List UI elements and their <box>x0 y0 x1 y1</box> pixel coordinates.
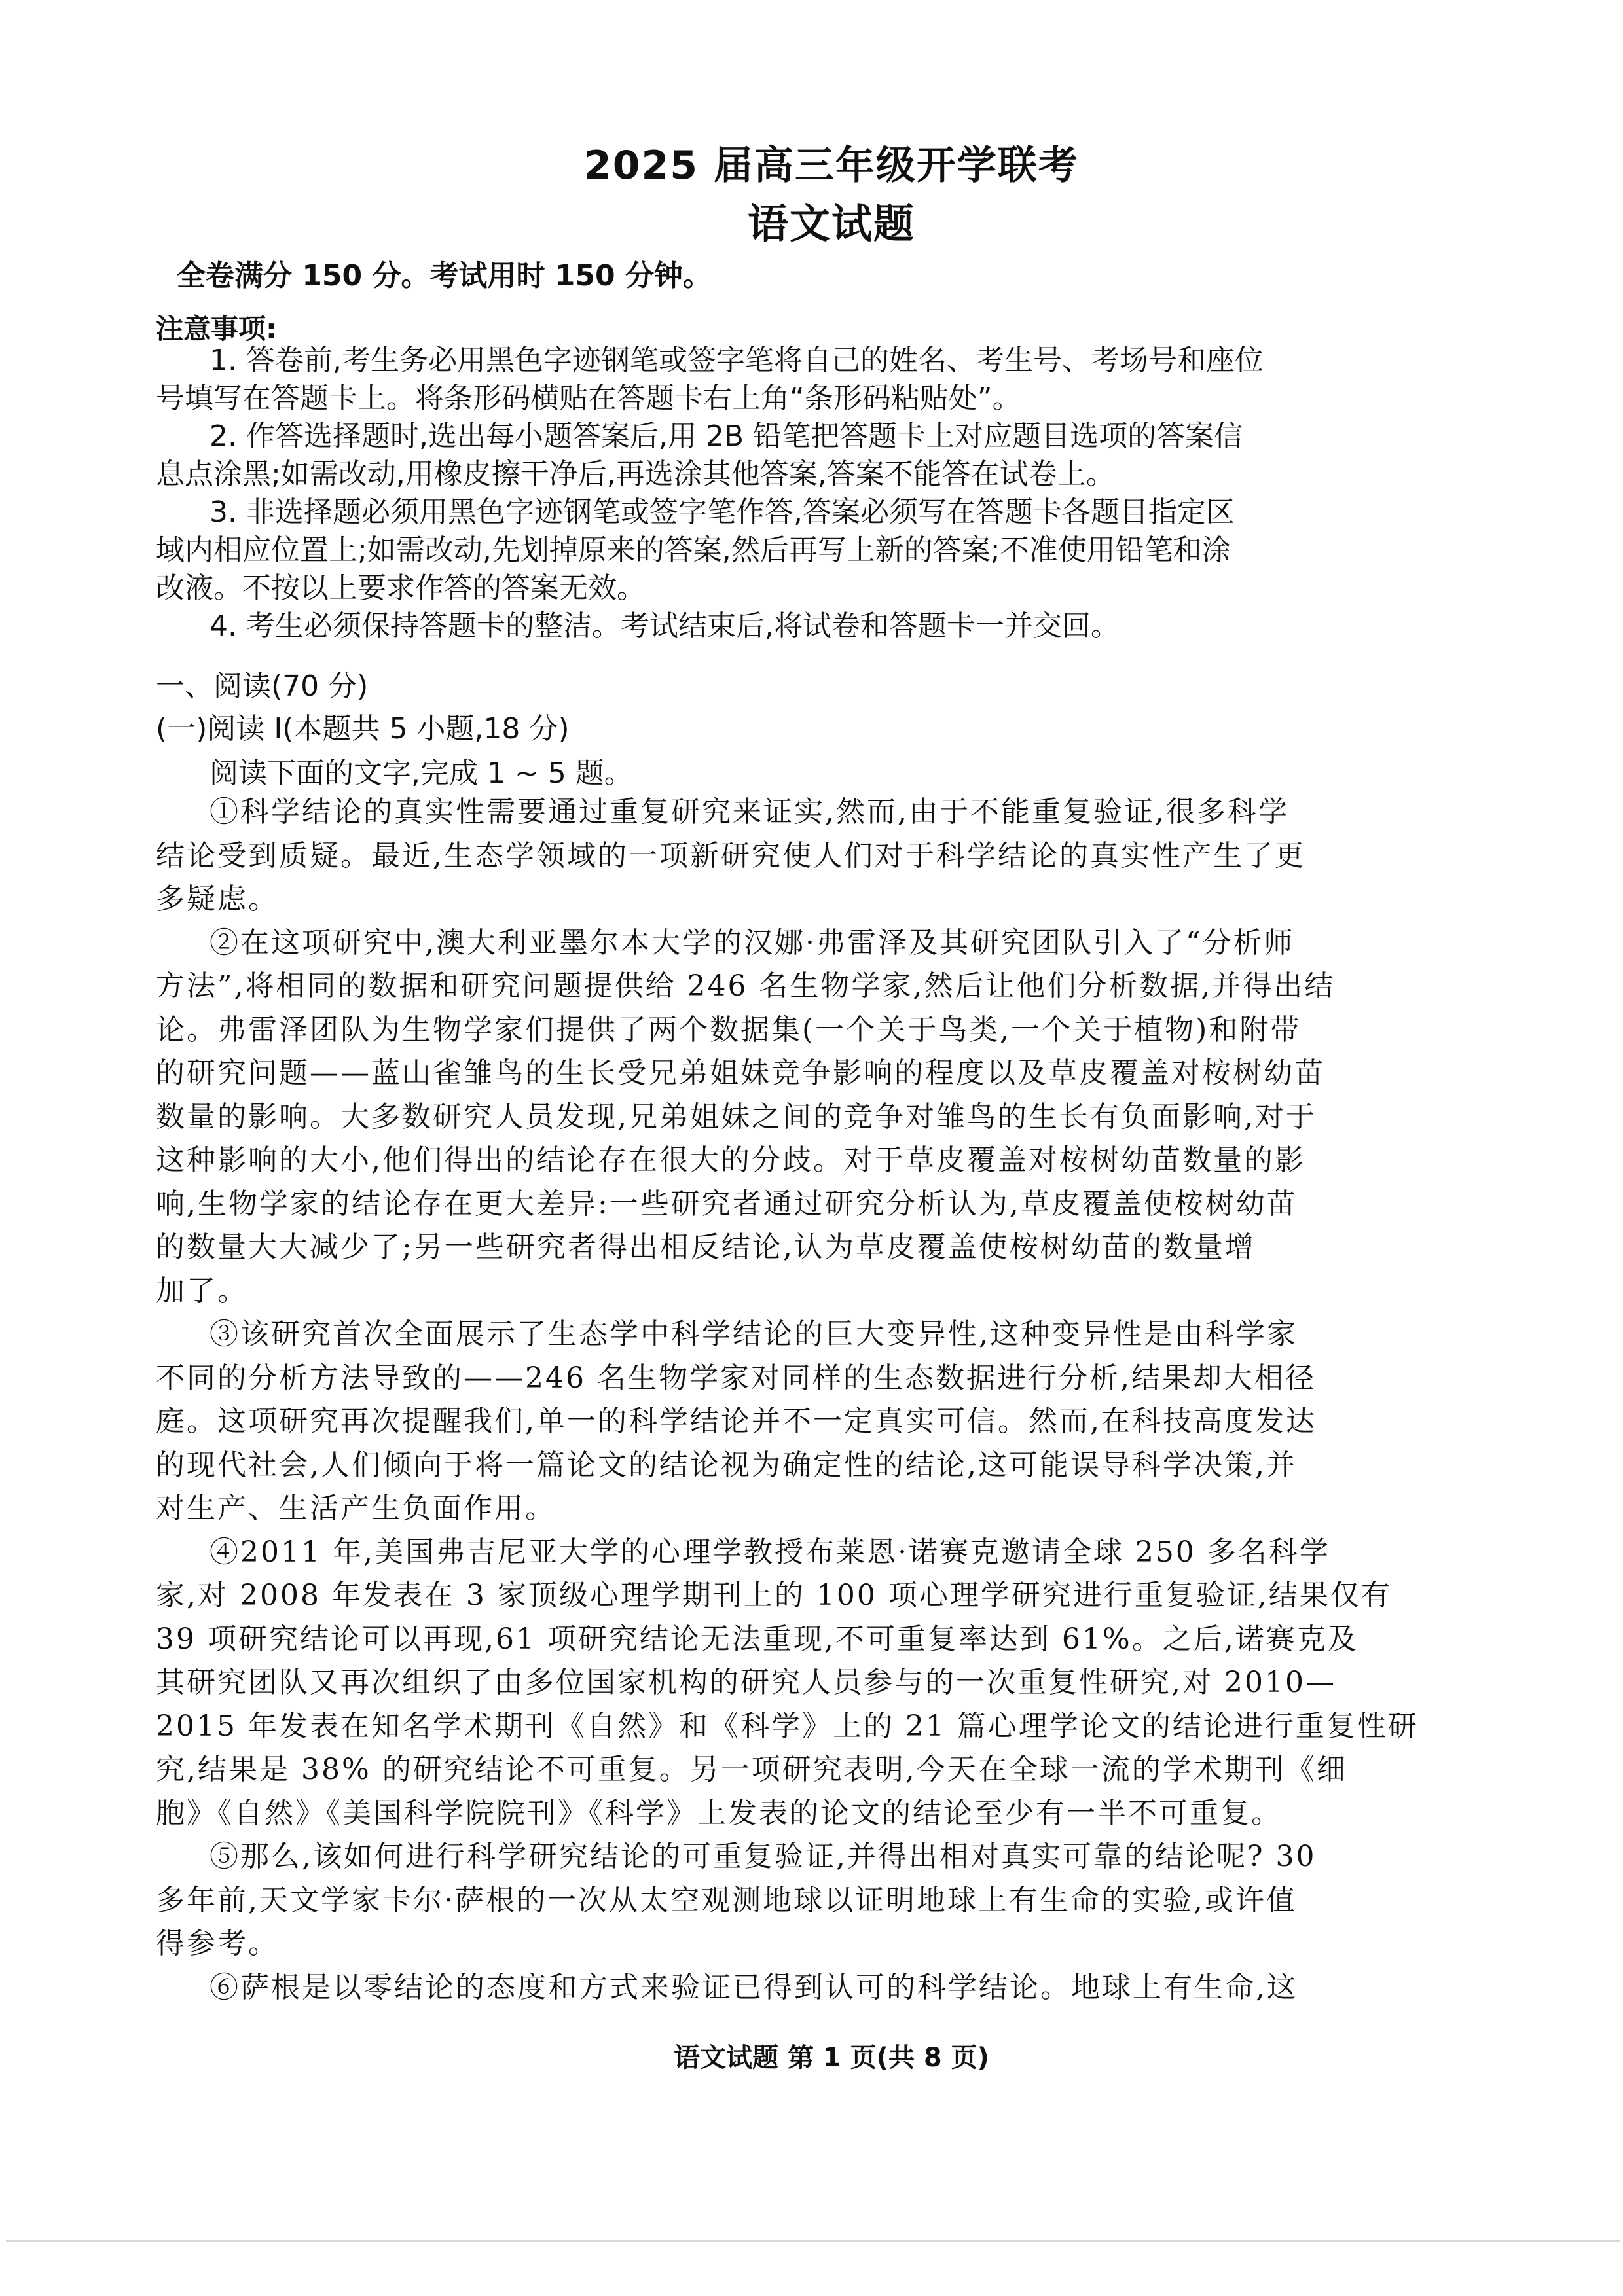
passage-line: 不同的分析方法导致的——246 名生物学家对同样的生态数据进行分析,结果却大相径 <box>156 1357 1514 1401</box>
passage-line: 多疑虑。 <box>156 878 1514 922</box>
subject-title: 语文试题 <box>151 191 1512 249</box>
note-line: 2. 作答选择题时,选出每小题答案后,用 2B 铅笔把答题卡上对应题目选项的答案… <box>156 418 1514 456</box>
passage-line: 响,生物学家的结论存在更大差异:一些研究者通过研究分析认为,草皮覆盖使桉树幼苗 <box>156 1183 1514 1227</box>
section-heading: 一、阅读(70 分) <box>156 662 368 704</box>
note-line: 改液。不按以上要求作答的答案无效。 <box>156 569 1514 607</box>
passage-line: 胞》《自然》《美国科学院院刊》《科学》上发表的论文的结论至少有一半不可重复。 <box>156 1792 1514 1836</box>
notes-title: 注意事项: <box>156 308 277 347</box>
passage-line: 2015 年发表在知名学术期刊《自然》和《科学》上的 21 篇心理学论文的结论进… <box>156 1705 1514 1749</box>
notes-list: 1. 答卷前,考生务必用黑色字迹钢笔或签字笔将自己的姓名、考生号、考场号和座位 … <box>156 342 1514 645</box>
passage-line: ④2011 年,美国弗吉尼亚大学的心理学教授布莱恩·诺赛克邀请全球 250 多名… <box>156 1531 1514 1575</box>
page-footer: 语文试题 第 1 页(共 8 页) <box>151 2037 1512 2074</box>
passage-line: 家,对 2008 年发表在 3 家顶级心理学期刊上的 100 项心理学研究进行重… <box>156 1574 1514 1618</box>
passage-line: 方法”,将相同的数据和研究问题提供给 246 名生物学家,然后让他们分析数据,并… <box>156 965 1514 1009</box>
passage-line: 庭。这项研究再次提醒我们,单一的科学结论并不一定真实可信。然而,在科技高度发达 <box>156 1400 1514 1444</box>
sub-heading: (一)阅读 I(本题共 5 小题,18 分) <box>156 705 570 747</box>
passage-line: 这种影响的大小,他们得出的结论存在很大的分歧。对于草皮覆盖对桉树幼苗数量的影 <box>156 1139 1514 1183</box>
passage-line: ②在这项研究中,澳大利亚墨尔本大学的汉娜·弗雷泽及其研究团队引入了“分析师 <box>156 922 1514 965</box>
note-line: 号填写在答题卡上。将条形码横贴在答题卡右上角“条形码粘贴处”。 <box>156 380 1514 418</box>
passage-line: 其研究团队又再次组织了由多位国家机构的研究人员参与的一次重复性研究,对 2010… <box>156 1661 1514 1705</box>
passage-line: 对生产、生活产生负面作用。 <box>156 1487 1514 1531</box>
passage-line: 的现代社会,人们倾向于将一篇论文的结论视为确定性的结论,这可能误导科学决策,并 <box>156 1444 1514 1488</box>
passage-line: 究,结果是 38% 的研究结论不可重复。另一项研究表明,今天在全球一流的学术期刊… <box>156 1748 1514 1792</box>
passage-line: ③该研究首次全面展示了生态学中科学结论的巨大变异性,这种变异性是由科学家 <box>156 1313 1514 1357</box>
note-line: 3. 非选择题必须用黑色字迹钢笔或签字笔作答,答案必须写在答题卡各题目指定区 <box>156 493 1514 531</box>
bottom-divider <box>6 2240 1620 2242</box>
passage-line: 的研究问题——蓝山雀雏鸟的生长受兄弟姐妹竞争影响的程度以及草皮覆盖对桉树幼苗 <box>156 1052 1514 1096</box>
passage-line: ①科学结论的真实性需要通过重复研究来证实,然而,由于不能重复验证,很多科学 <box>156 791 1514 834</box>
passage-line: 数量的影响。大多数研究人员发现,兄弟姐妹之间的竞争对雏鸟的生长有负面影响,对于 <box>156 1096 1514 1139</box>
passage-line: 结论受到质疑。最近,生态学领域的一项新研究使人们对于科学结论的真实性产生了更 <box>156 834 1514 878</box>
note-line: 息点涂黑;如需改动,用橡皮擦干净后,再选涂其他答案,答案不能答在试卷上。 <box>156 456 1514 493</box>
note-line: 1. 答卷前,考生务必用黑色字迹钢笔或签字笔将自己的姓名、考生号、考场号和座位 <box>156 342 1514 380</box>
passage-line: 得参考。 <box>156 1922 1514 1966</box>
passage-line: ⑤那么,该如何进行科学研究结论的可重复验证,并得出相对真实可靠的结论呢? 30 <box>156 1835 1514 1879</box>
passage-line: 加了。 <box>156 1270 1514 1314</box>
passage-line: ⑥萨根是以零结论的态度和方式来验证已得到认可的科学结论。地球上有生命,这 <box>156 1966 1514 2010</box>
exam-title: 2025 届高三年级开学联考 <box>151 134 1512 190</box>
exam-meta: 全卷满分 150 分。考试用时 150 分钟。 <box>177 252 712 294</box>
note-line: 4. 考生必须保持答题卡的整洁。考试结束后,将试卷和答题卡一并交回。 <box>156 607 1514 645</box>
passage-line: 论。弗雷泽团队为生物学家们提供了两个数据集(一个关于鸟类,一个关于植物)和附带 <box>156 1009 1514 1052</box>
reading-instruction: 阅读下面的文字,完成 1 ~ 5 题。 <box>210 749 633 791</box>
reading-passage: ①科学结论的真实性需要通过重复研究来证实,然而,由于不能重复验证,很多科学结论受… <box>156 791 1514 2009</box>
note-line: 域内相应位置上;如需改动,先划掉原来的答案,然后再写上新的答案;不准使用铅笔和涂 <box>156 531 1514 569</box>
passage-line: 39 项研究结论可以再现,61 项研究结论无法重现,不可重复率达到 61%。之后… <box>156 1618 1514 1662</box>
passage-line: 多年前,天文学家卡尔·萨根的一次从太空观测地球以证明地球上有生命的实验,或许值 <box>156 1879 1514 1923</box>
passage-line: 的数量大大减少了;另一些研究者得出相反结论,认为草皮覆盖使桉树幼苗的数量增 <box>156 1226 1514 1270</box>
